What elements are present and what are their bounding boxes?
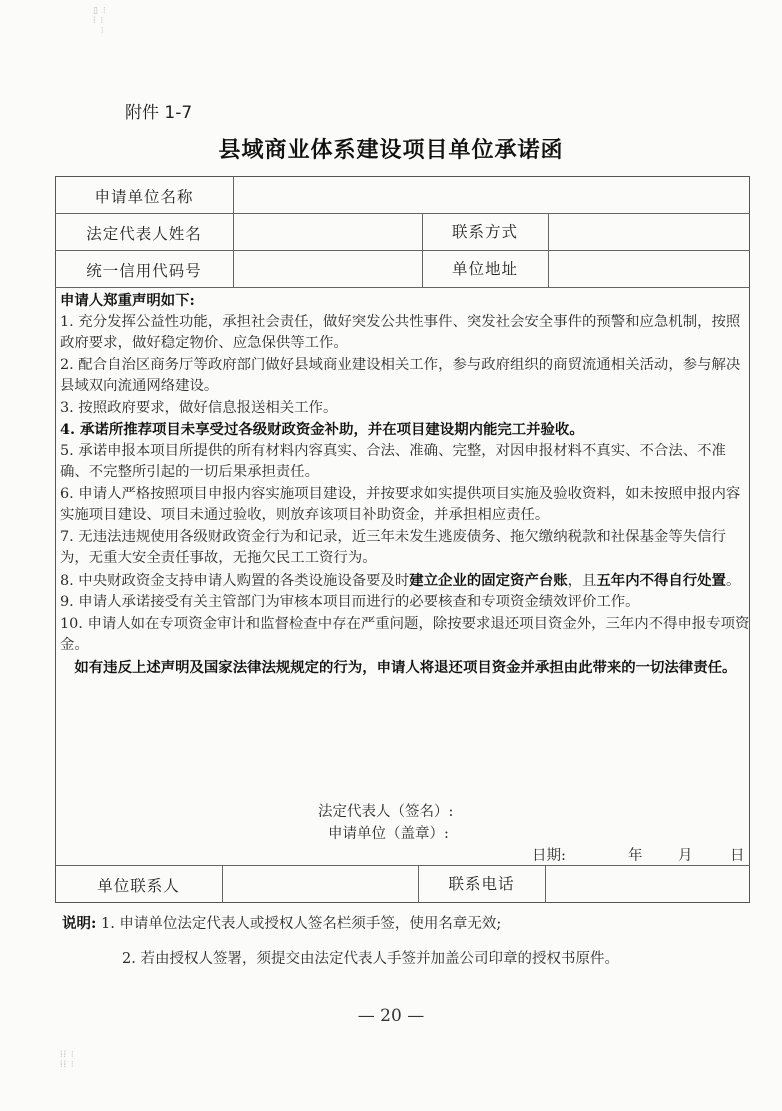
declaration-item-7: 7. 无违法违规使用各级财政资金行为和记录，近三年未发生逃废债务、拖欠缴纳税款和… xyxy=(60,527,750,570)
item8-text: 8. 中央财政资金支持申请人购置的各类设施设备要及时 xyxy=(60,573,409,589)
contact-method-field[interactable] xyxy=(549,214,749,250)
scan-artifact: ▯ ⁝⁞ ⁝ ⁝ xyxy=(93,6,107,36)
declaration-item-8: 8. 中央财政资金支持申请人购置的各类设施设备要及时建立企业的固定资产台账，且五… xyxy=(60,570,750,593)
item8-bold-ledger: 建立企业的固定资产台账 xyxy=(409,572,567,589)
item8-text: 。 xyxy=(726,573,740,589)
contact-method-label: 联系方式 xyxy=(422,220,548,242)
note-item-1: 1. 申请单位法定代表人或授权人签名栏须手签，使用名章无效; xyxy=(101,916,501,932)
year-label: 年 xyxy=(628,844,643,865)
declaration-section: 申请人郑重声明如下: 1. 充分发挥公益性功能，承担社会责任，做好突发公共性事件… xyxy=(60,290,750,678)
credit-code-label: 统一信用代码号 xyxy=(55,259,233,281)
declaration-heading: 申请人郑重声明如下: xyxy=(60,290,750,312)
contact-person-label: 单位联系人 xyxy=(55,874,222,896)
unit-seal-label: 申请单位（盖章）: xyxy=(328,822,449,843)
note-line-1: 说明: 1. 申请单位法定代表人或授权人签名栏须手签，使用名章无效; xyxy=(62,912,501,933)
legal-rep-label: 法定代表人姓名 xyxy=(55,222,233,244)
day-label: 日 xyxy=(730,844,745,865)
attachment-label: 附件 1-7 xyxy=(125,98,192,123)
table-divider xyxy=(55,287,750,288)
note-item-2: 2. 若由授权人签署，须提交由法定代表人手签并加盖公司印章的授权书原件。 xyxy=(122,947,619,968)
declaration-item-10: 10. 申请人如在专项资金审计和监督检查中存在严重问题，除按要求退还项目资金外，… xyxy=(60,614,750,657)
phone-label: 联系电话 xyxy=(418,872,545,894)
item8-bold-disposal: 五年内不得自行处置 xyxy=(596,572,726,589)
scan-artifact: ⁞⁞ ⁝⁞⁞ ⁝ xyxy=(60,1050,75,1070)
declaration-item-1: 1. 充分发挥公益性功能，承担社会责任，做好突发公共性事件、突发社会安全事件的预… xyxy=(60,312,750,355)
credit-code-field[interactable] xyxy=(234,251,422,287)
declaration-closing: 如有违反上述声明及国家法律法规规定的行为，申请人将退还项目资金并承担由此带来的一… xyxy=(60,657,750,679)
declaration-item-6: 6. 申请人严格按照项目申报内容实施项目建设，并按要求如实提供项目实施及验收资料… xyxy=(60,484,750,527)
declaration-item-2: 2. 配合自治区商务厅等政府部门做好县域商业建设相关工作，参与政府组织的商贸流通… xyxy=(60,355,750,398)
notes-heading: 说明: xyxy=(62,915,96,932)
date-label: 日期: xyxy=(532,844,566,865)
applicant-name-label: 申请单位名称 xyxy=(55,185,233,207)
page-title: 县域商业体系建设项目单位承诺函 xyxy=(0,133,782,164)
applicant-name-field[interactable] xyxy=(234,177,749,213)
declaration-item-9: 9. 申请人承诺接受有关主管部门为审核本项目而进行的必要核查和专项资金绩效评价工… xyxy=(60,592,750,614)
contact-person-field[interactable] xyxy=(223,866,418,903)
phone-field[interactable] xyxy=(546,866,749,903)
declaration-item-3: 3. 按照政府要求，做好信息报送相关工作。 xyxy=(60,398,750,420)
page-number: — 20 — xyxy=(0,1006,782,1026)
legal-rep-signature-label: 法定代表人（签名）: xyxy=(318,800,453,821)
legal-rep-field[interactable] xyxy=(234,214,422,250)
item8-text: ，且 xyxy=(568,573,597,589)
address-label: 单位地址 xyxy=(422,257,548,279)
declaration-item-5: 5. 承诺申报本项目所提供的所有材料内容真实、合法、准确、完整，对因申报材料不真… xyxy=(60,441,750,484)
declaration-item-4: 4. 承诺所推荐项目未享受过各级财政资金补助，并在项目建设期内能完工并验收。 xyxy=(60,419,750,441)
month-label: 月 xyxy=(678,844,693,865)
address-field[interactable] xyxy=(549,251,749,287)
